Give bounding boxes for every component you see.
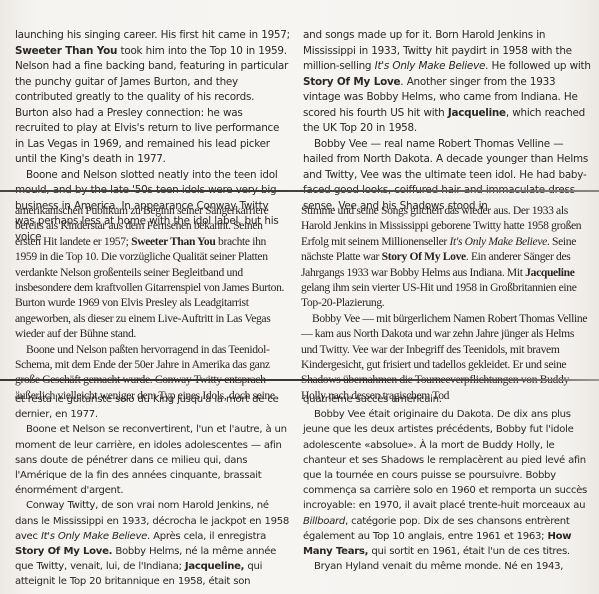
text-run: took him into the Top 10 in 1959. Nelson… — [15, 45, 288, 166]
song-title: Story Of My Love — [382, 250, 466, 263]
italic-title: It's Only Make Believe — [375, 60, 486, 72]
song-title: Story Of My Love — [303, 76, 400, 88]
section-divider-rule — [0, 379, 599, 381]
french-left-column: et resta le guitariste solo du King jusq… — [15, 392, 290, 590]
german-section: amerikanischen Publikum zu Beginn seiner… — [0, 203, 599, 373]
section-divider-rule — [0, 190, 599, 192]
scanned-liner-notes-page: launching his singing career. His first … — [0, 0, 599, 594]
german-right-column: Stimme und seine Songs glichen das wiede… — [301, 203, 591, 403]
paragraph: amerikanischen Publikum zu Beginn seiner… — [15, 203, 287, 342]
text-run: et resta le guitariste solo du King jusq… — [15, 394, 279, 420]
italic-title: It's Only Make Believe — [449, 235, 546, 248]
song-title: Jacqueline, — [185, 561, 244, 572]
german-left-column: amerikanischen Publikum zu Beginn seiner… — [15, 203, 287, 403]
paragraph: Boone et Nelson se reconvertirent, l'un … — [15, 422, 290, 498]
text-run: launching his singing career. His first … — [15, 29, 290, 41]
text-run: Bobby Vee — mit bürgerlichem Namen Rober… — [301, 312, 587, 402]
song-title: Jacqueline — [525, 266, 574, 279]
english-section: launching his singing career. His first … — [0, 28, 599, 188]
italic-title: It's Only Make Believe — [41, 531, 147, 542]
text-run: Bryan Hyland venait du même monde. Né en… — [314, 561, 563, 572]
song-title: Jacqueline — [448, 107, 506, 119]
text-run: quatrième succès américain. — [303, 394, 442, 405]
text-run: gelang ihm sein vierter US-Hit und 1958 … — [301, 281, 577, 309]
paragraph: quatrième succès américain. — [303, 392, 595, 407]
paragraph: Bobby Vee était originaire du Dakota. De… — [303, 407, 595, 559]
song-title: Story Of My Love. — [15, 546, 112, 557]
text-run: Boone et Nelson se reconvertirent, l'un … — [15, 424, 287, 496]
text-run: . He followed up with — [485, 60, 591, 72]
text-run: . Après cela, il enregistra — [147, 531, 266, 542]
song-title: Sweeter Than You — [15, 45, 117, 57]
french-section: et resta le guitariste solo du King jusq… — [0, 392, 599, 582]
song-title: Sweeter Than You — [131, 235, 215, 248]
paragraph: et resta le guitariste solo du King jusq… — [15, 392, 290, 422]
paragraph: Stimme und seine Songs glichen das wiede… — [301, 203, 591, 311]
french-right-column: quatrième succès américain.Bobby Vee éta… — [303, 392, 595, 574]
paragraph: Conway Twitty, de son vrai nom Harold Je… — [15, 498, 290, 589]
italic-title: Billboard — [303, 516, 345, 527]
text-run: Bobby Vee — real name Robert Thomas Vell… — [303, 138, 588, 212]
paragraph: Bobby Vee — mit bürgerlichem Namen Rober… — [301, 311, 591, 403]
paragraph: Bryan Hyland venait du même monde. Né en… — [303, 559, 595, 574]
text-run: brachte ihn 1959 in die Top 10. Die vorz… — [15, 235, 284, 340]
paragraph: and songs made up for it. Born Harold Je… — [303, 28, 593, 137]
text-run: Bobby Vee était originaire du Dakota. De… — [303, 409, 587, 511]
paragraph: launching his singing career. His first … — [15, 28, 290, 168]
text-run: qui sortit en 1961, était l'un de ces ti… — [368, 546, 570, 557]
english-right-column: and songs made up for it. Born Harold Je… — [303, 28, 593, 214]
